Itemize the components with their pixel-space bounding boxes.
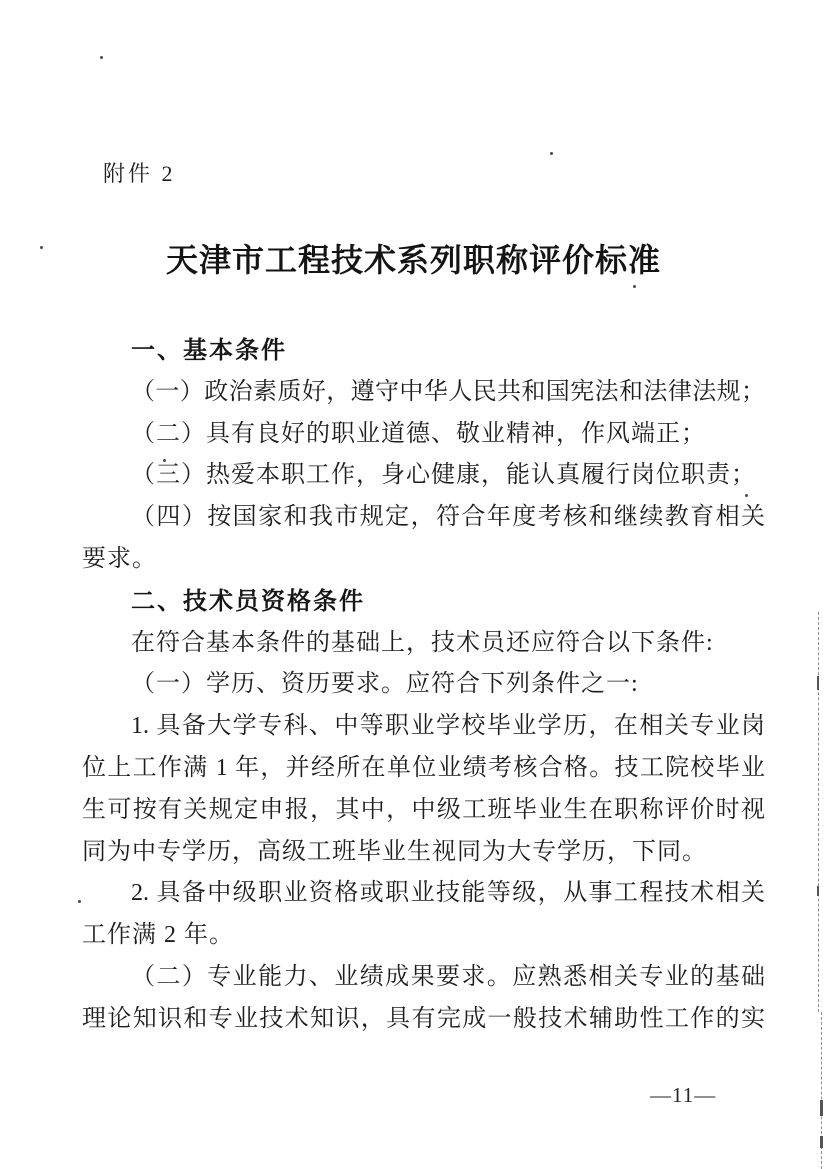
scan-speck <box>78 900 81 903</box>
scan-artifact-tick <box>820 1100 823 1116</box>
scan-speck <box>424 880 427 883</box>
body-line: （四）按国家和我市规定，符合年度考核和继续教育相关 <box>82 497 765 539</box>
body-line: （二）具有良好的职业道德、敬业精神，作风端正； <box>82 414 765 456</box>
scan-speck <box>40 246 43 249</box>
body-line: （二）专业能力、业绩成果要求。应熟悉相关专业的基础 <box>82 957 765 999</box>
attachment-label: 附件 2 <box>103 157 176 188</box>
page-number: —11— <box>650 1083 716 1108</box>
scan-speck <box>163 459 166 462</box>
body-line: 要求。 <box>82 539 765 581</box>
body-line: 1. 具备大学专科、中等职业学校毕业学历，在相关专业岗 <box>82 706 765 748</box>
scan-speck <box>633 285 636 288</box>
scan-speck <box>745 494 748 497</box>
body-line: （一）政治素质好，遵守中华人民共和国宪法和法律法规； <box>82 372 765 414</box>
body-line: 在符合基本条件的基础上，技术员还应符合以下条件: <box>82 623 765 665</box>
body-line: （三）热爱本职工作，身心健康，能认真履行岗位职责； <box>82 455 765 497</box>
body-line: 生可按有关规定申报，其中，中级工班毕业生在职称评价时视 <box>82 790 765 832</box>
document-body: 一、基本条件 （一）政治素质好，遵守中华人民共和国宪法和法律法规； （二）具有良… <box>82 330 765 1041</box>
scan-artifact-tick <box>817 886 819 896</box>
scan-artifact-tick <box>817 676 819 690</box>
document-page: 附件 2 天津市工程技术系列职称评价标准 一、基本条件 （一）政治素质好，遵守中… <box>0 0 827 1169</box>
scan-artifact-tick <box>820 1136 823 1148</box>
body-line: （一）学历、资历要求。应符合下列条件之一: <box>82 664 765 706</box>
body-line: 理论知识和专业技术知识，具有完成一般技术辅助性工作的实 <box>82 999 765 1041</box>
section-heading-technician-qualifications: 二、技术员资格条件 <box>82 581 765 623</box>
scan-artifact-line <box>818 612 819 1012</box>
document-title: 天津市工程技术系列职称评价标准 <box>0 235 827 281</box>
body-line: 工作满 2 年。 <box>82 915 765 957</box>
scan-speck <box>100 56 103 59</box>
scan-speck <box>550 152 553 155</box>
body-line: 位上工作满 1 年，并经所在单位业绩考核合格。技工院校毕业 <box>82 748 765 790</box>
section-heading-basic-conditions: 一、基本条件 <box>82 330 765 372</box>
body-line: 同为中专学历，高级工班毕业生视同为大专学历，下同。 <box>82 832 765 874</box>
